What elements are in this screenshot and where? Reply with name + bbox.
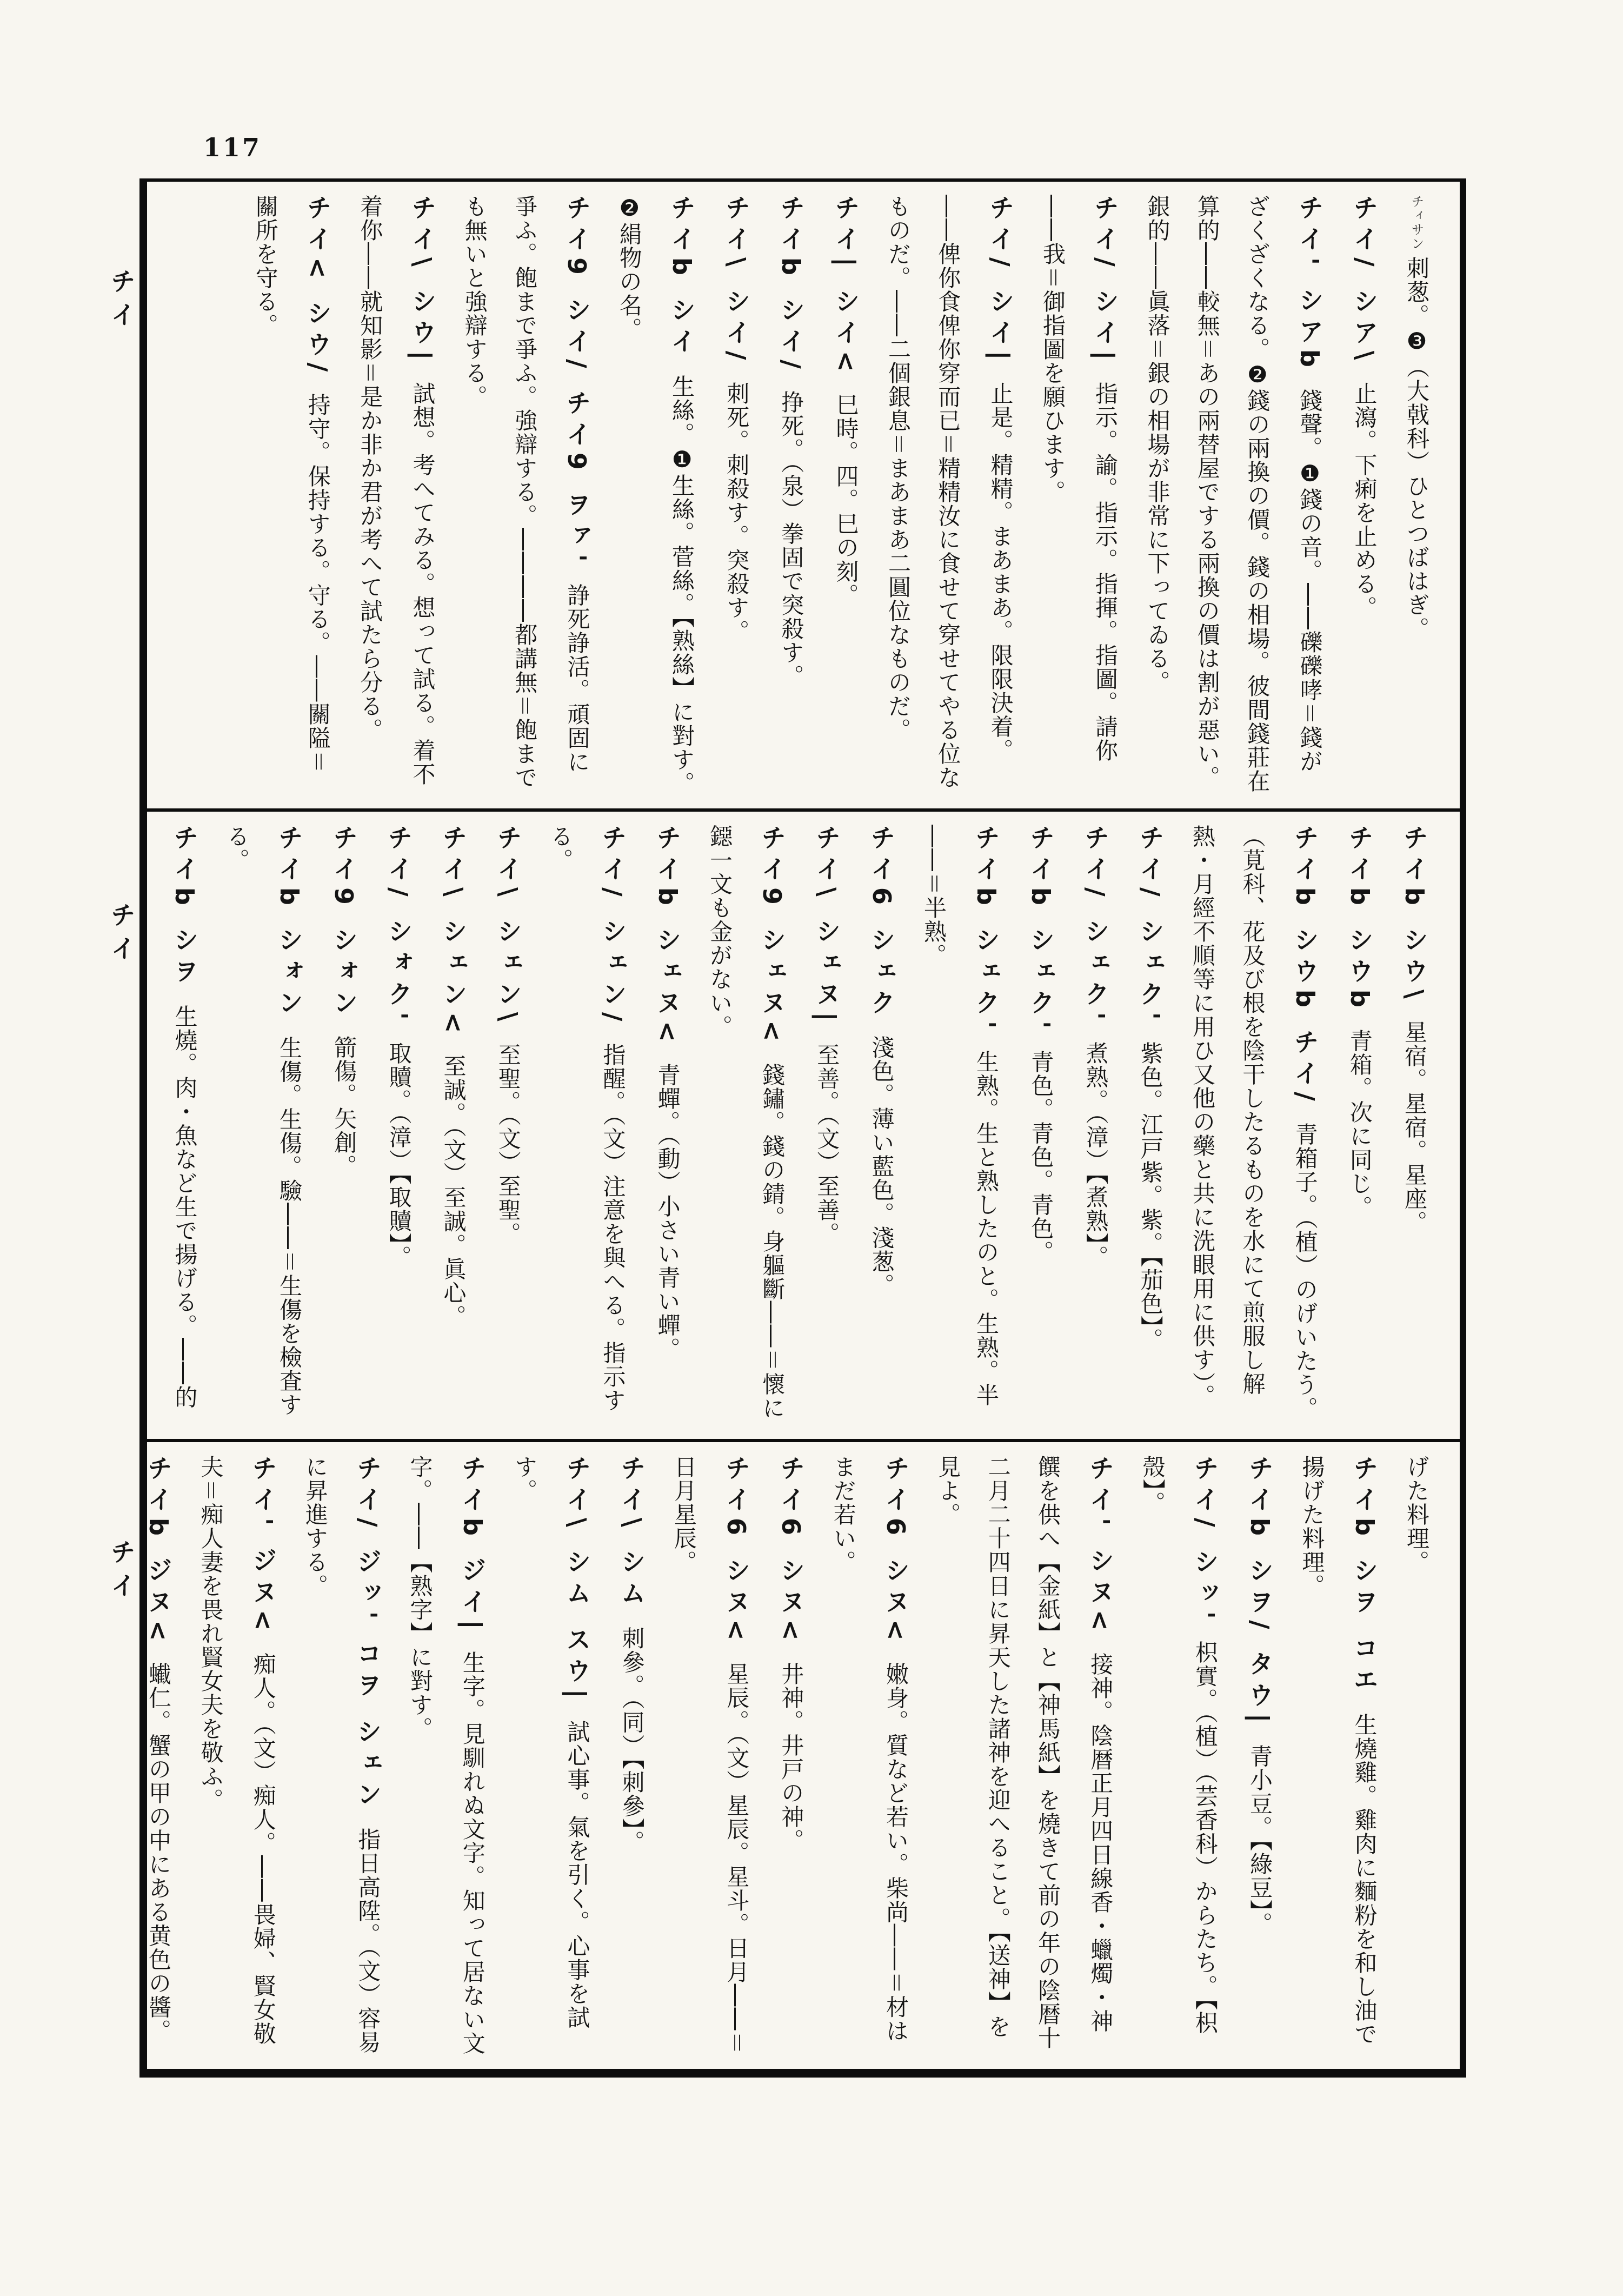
entry-reading: チイb シイ/ bbox=[776, 195, 806, 390]
entry-continuation: チィサン 刺葱。❸（大戟科）ひとつばはぎ。 bbox=[1392, 195, 1441, 795]
entry-text: 取贖。（漳）【取贖】。 bbox=[385, 1041, 412, 1269]
dictionary-entry: チイ/ ジッ' コヲ シェン 指日高陞。（文）容易に昇進する。 bbox=[290, 1455, 395, 2056]
entry-reading: チイb シヲ/ タウ| bbox=[1245, 1455, 1274, 1744]
dictionary-entry: チイ\ シェン< 至誠。（文）至誠。眞心。 bbox=[425, 825, 480, 1425]
entry-text: 淺色。薄い藍色。淺葱。 bbox=[869, 1036, 895, 1297]
margin-label-band2: チイ bbox=[104, 902, 139, 969]
entry-reading: チイb シェク' bbox=[1026, 825, 1055, 1050]
dictionary-entry: チイ' シヌ< 接神。陰暦正月四日線香・蠟燭・神饌を供へ【金紙】と【神馬紙】を燒… bbox=[923, 1455, 1127, 2056]
entry-reading: チイ/ シッ' bbox=[1190, 1455, 1220, 1641]
entry-reading: チイ\ シウ| bbox=[408, 195, 437, 382]
dictionary-entry: チイ| シイ< 巳時。四。巳の刻。 bbox=[818, 195, 873, 795]
entry-text: 挣死。（泉）拳固で突殺す。 bbox=[778, 390, 804, 688]
dictionary-entry: チイ' シアb 錢聲。❶錢の音。――礫礫哮＝錢がざくざくなる。❷錢の兩換の價。錢… bbox=[1132, 195, 1336, 795]
dictionary-entry: チイ/ シイ| 指示。諭。指示。指揮。指圖。請你――我＝御指圖を願ひます。 bbox=[1027, 195, 1132, 795]
dictionary-entry: チイ9 シェヌ< 錢鏽。錢の錆。身軀斷――＝懷に鐚一文も金がない。 bbox=[695, 825, 800, 1425]
dictionary-entry: チイ/ シォク' 取贖。（漳）【取贖】。 bbox=[371, 825, 425, 1425]
dictionary-entry: チイb シォン 生傷。生傷。驗――＝生傷を檢査する。 bbox=[211, 825, 316, 1425]
entry-reading: チイb シォン bbox=[275, 825, 304, 1036]
dictionary-entry: チイb シイ 生絲。❶生絲。菅絲。【熟絲】に對す。❷絹物の名。 bbox=[604, 195, 709, 795]
entry-reading: チイ/ シェン/ bbox=[598, 825, 627, 1043]
entry-reading: チイ' ジヌ< bbox=[249, 1455, 278, 1653]
entry-text: 青箱。次に同じ。 bbox=[1347, 1029, 1373, 1219]
dictionary-entry: チイ\ シェン\ 至聖。（文）至聖。 bbox=[481, 825, 535, 1425]
entry-reading: チイb ジヌ< bbox=[147, 1455, 173, 1663]
dictionary-entry: チイ/ シッ' 枳實。（植）（芸香科）からたち。【枳殼】。 bbox=[1127, 1455, 1232, 2056]
page-number: 117 bbox=[203, 133, 262, 162]
entry-text: 巳時。四。巳の刻。 bbox=[833, 393, 860, 607]
dictionary-entry: チイ< シウ/ 持守。保持する。守る。――關隘＝關所を守る。 bbox=[240, 195, 345, 795]
entry-text: 青小豆。【綠豆】。 bbox=[1247, 1744, 1273, 1935]
margin-label-band1: チイ bbox=[104, 268, 139, 335]
dictionary-entry: チイ\ シム スウ| 試心事。氣を引く。心事を試す。 bbox=[500, 1455, 604, 2056]
entry-reading: チイb シウ\ bbox=[1400, 825, 1429, 1020]
band-1: チィサン 刺葱。❸（大戟科）ひとつばはぎ。チイ/ シア\ 止瀉。下痢を止める。チ… bbox=[147, 182, 1460, 808]
entry-text: 至聖。（文）至聖。 bbox=[495, 1043, 522, 1246]
entry-reading: チイ/ シイ| bbox=[986, 195, 1015, 382]
entry-reading: チイ/ ジッ' コヲ シェン bbox=[353, 1455, 382, 1828]
entry-reading: チイb シウb チイ/ bbox=[1291, 825, 1320, 1123]
entry-reading: チイ\ シム bbox=[617, 1455, 647, 1627]
entry-reading: チイb ジイ| bbox=[458, 1455, 487, 1651]
margin-label-band3: チイ bbox=[104, 1539, 139, 1606]
entry-reading: チイ9 シイ/ チイ9 ヲァ' bbox=[562, 195, 591, 583]
entry-reading: チイb シウb bbox=[1345, 825, 1374, 1029]
entry-reading: チイ| シイ< bbox=[832, 195, 861, 393]
entry-text: 箭傷。矢創。 bbox=[331, 1036, 357, 1178]
dictionary-entry: チイb シイ/ 挣死。（泉）拳固で突殺す。 bbox=[763, 195, 818, 795]
entry-text: 煮熟。（漳）【煮熟】。 bbox=[1082, 1041, 1109, 1269]
dictionary-entry: チイb シウb チイ/ 青箱子。（植）のげいたう。（莧科、花及び根を陰干したるも… bbox=[1178, 825, 1332, 1425]
dictionary-entry: チイ6 シヌ< 嫩身。質など若い。柴尚――＝材はまだ若い。 bbox=[818, 1455, 923, 2056]
entry-reading: チイ\ シェヌ| bbox=[812, 825, 841, 1043]
dictionary-entry: チイb シウb 青箱。次に同じ。 bbox=[1332, 825, 1387, 1425]
entry-reading: チイ/ シォク' bbox=[384, 825, 413, 1041]
dictionary-entry: チイ\ シイ/ 刺死。刺殺す。突殺す。 bbox=[709, 195, 763, 795]
dictionary-entry: チイ6 シヌ< 星辰。（文）星辰。星斗。日月――＝日月星辰。 bbox=[659, 1455, 764, 2056]
entry-reading: チイ6 シヌ< bbox=[776, 1455, 806, 1662]
entry-reading: チイ' シヌ< bbox=[1086, 1455, 1115, 1653]
dictionary-entry: チイ/ シェク' 煮熟。（漳）【煮熟】。 bbox=[1068, 825, 1122, 1425]
dictionary-entry: チイ6 シヌ< 井神。井戸の神。 bbox=[763, 1455, 818, 2056]
dictionary-entry: チイb シェク' 青色。青色。青色。 bbox=[1013, 825, 1068, 1425]
dictionary-entry: チイb ジヌ< 蠘仁。蟹の甲の中にある黄色の醬。 bbox=[147, 1455, 185, 2056]
entry-reading: チイb シェク' bbox=[972, 825, 1001, 1050]
dictionary-entry: チイ9 シイ/ チイ9 ヲァ' 諍死諍活。頑固に爭ふ。飽まで爭ふ。強辯する。――… bbox=[449, 195, 604, 795]
entry-reading: チイ\ シイ/ bbox=[722, 195, 751, 382]
dictionary-entry: チイ/ シア\ 止瀉。下痢を止める。 bbox=[1336, 195, 1391, 795]
entry-text: 刺參。（同）【刺參】。 bbox=[619, 1627, 646, 1854]
entry-text: 至善。（文）至善。 bbox=[814, 1043, 840, 1246]
dictionary-entry: チイ9 シォン 箭傷。矢創。 bbox=[316, 825, 371, 1425]
entry-text: 刺死。刺殺す。突殺す。 bbox=[723, 382, 750, 643]
entry-reading: チイ\ シム スウ| bbox=[562, 1455, 591, 1720]
dictionary-entry: チイ6 シェク 淺色。薄い藍色。淺葱。 bbox=[854, 825, 908, 1425]
entry-reading: チイ\ シェン\ bbox=[494, 825, 523, 1043]
dictionary-entry: チイ\ シェヌ| 至善。（文）至善。 bbox=[799, 825, 854, 1425]
entry-reading: チイ9 シォン bbox=[329, 825, 358, 1036]
entry-reading: チイ9 シェヌ< bbox=[757, 825, 787, 1063]
entry-reading: チイ/ シェク' bbox=[1136, 825, 1165, 1041]
entry-text: げた料理。 bbox=[1404, 1455, 1430, 1574]
dictionary-entry: チイ/ シェク' 紫色。江戸紫。紫。【茄色】。 bbox=[1122, 825, 1177, 1425]
band-3: げた料理。チイb シヲ コエ 生燒雞。雞肉に麵粉を和し油で揚げた料理。チイb シ… bbox=[147, 1439, 1460, 2069]
dictionary-entry: チイ\ シウ| 試想。考へてみる。想って試る。着不着你――就知影＝是か非か君が考… bbox=[345, 195, 450, 795]
entry-reading: チイb シヲ コエ bbox=[1350, 1455, 1379, 1713]
entry-reading: チイ6 シェク bbox=[867, 825, 896, 1036]
dictionary-entry: チイb シヲ コエ 生燒雞。雞肉に麵粉を和し油で揚げた料理。 bbox=[1287, 1455, 1392, 2056]
entry-continuation: げた料理。 bbox=[1392, 1455, 1441, 2056]
entry-text: 星宿。星宿。星座。 bbox=[1401, 1020, 1428, 1235]
entry-reading: チイ/ シイ| bbox=[1090, 195, 1120, 382]
dictionary-entry: チイ/ シイ| 止是。精精。まあまあ。限限決着。――俾你食俾你穿而已＝精精汝に食… bbox=[873, 195, 1028, 795]
dictionary-page-scan: 117 チイ チイ チイ チィサン 刺葱。❸（大戟科）ひとつばはぎ。チイ/ シア… bbox=[0, 0, 1623, 2296]
dictionary-entry: チイb シェク' 生熟。生と熟したのと。生熟。半――＝半熟。 bbox=[909, 825, 1014, 1425]
band-2: チイb シウ\ 星宿。星宿。星座。チイb シウb 青箱。次に同じ。チイb シウb… bbox=[147, 808, 1460, 1438]
entry-text: 井神。井戸の神。 bbox=[778, 1662, 804, 1852]
entry-text: 刺葱。❸（大戟科）ひとつばはぎ。 bbox=[1404, 256, 1430, 641]
entry-reading: チイ\ シェン< bbox=[439, 825, 468, 1054]
entry-ruby: チィサン bbox=[1409, 195, 1424, 256]
dictionary-entry: チイb シェヌ< 青蟬。（動）小さい青い蟬。 bbox=[640, 825, 694, 1425]
entry-text: 至誠。（文）至誠。眞心。 bbox=[441, 1055, 467, 1329]
entry-reading: チイb シヲ bbox=[170, 825, 199, 1005]
entry-reading: チイ6 シヌ< bbox=[722, 1455, 751, 1662]
entry-text: 青蟬。（動）小さい青い蟬。 bbox=[655, 1064, 681, 1362]
dictionary-entry: チイ' ジヌ< 痴人。（文）痴人。――畏婦、賢女敬夫＝痴人妻を畏れ賢女夫を敬ふ。 bbox=[185, 1455, 290, 2056]
entry-reading: チイ6 シヌ< bbox=[881, 1455, 910, 1662]
entry-reading: チイ/ シェク' bbox=[1081, 825, 1110, 1041]
entry-reading: チイb シェヌ< bbox=[653, 825, 682, 1064]
entry-reading: チイ< シウ/ bbox=[303, 195, 332, 393]
entry-text: 青色。青色。青色。 bbox=[1028, 1050, 1054, 1264]
entry-text: 止瀉。下痢を止める。 bbox=[1352, 382, 1378, 620]
entry-reading: チイb シイ bbox=[667, 195, 696, 375]
dictionary-entry: チイb シウ\ 星宿。星宿。星座。 bbox=[1387, 825, 1441, 1425]
entry-reading: チイ/ シア\ bbox=[1350, 195, 1379, 382]
dictionary-entry: チイb ジイ| 生字。見馴れぬ文字。知って居ない文字。――【熟字】に對す。 bbox=[395, 1455, 500, 2056]
dictionary-entry: チイ\ シム 刺參。（同）【刺參】。 bbox=[604, 1455, 658, 2056]
entry-reading: チイ' シアb bbox=[1295, 195, 1324, 389]
dictionary-entry: チイb シヲ 生燒。肉・魚など生で揚げる。――的＝同上したもの。 bbox=[147, 825, 211, 1425]
entry-text: 紫色。江戸紫。紫。【茄色】。 bbox=[1138, 1041, 1164, 1352]
page-frame: チィサン 刺葱。❸（大戟科）ひとつばはぎ。チイ/ シア\ 止瀉。下痢を止める。チ… bbox=[139, 178, 1466, 2078]
dictionary-entry: チイ/ シェン/ 指醒。（文）注意を與へる。指示する。 bbox=[535, 825, 640, 1425]
entry-text: 蠘仁。蟹の甲の中にある黄色の醬。 bbox=[147, 1662, 172, 2043]
dictionary-entry: チイb シヲ/ タウ| 青小豆。【綠豆】。 bbox=[1232, 1455, 1287, 2056]
